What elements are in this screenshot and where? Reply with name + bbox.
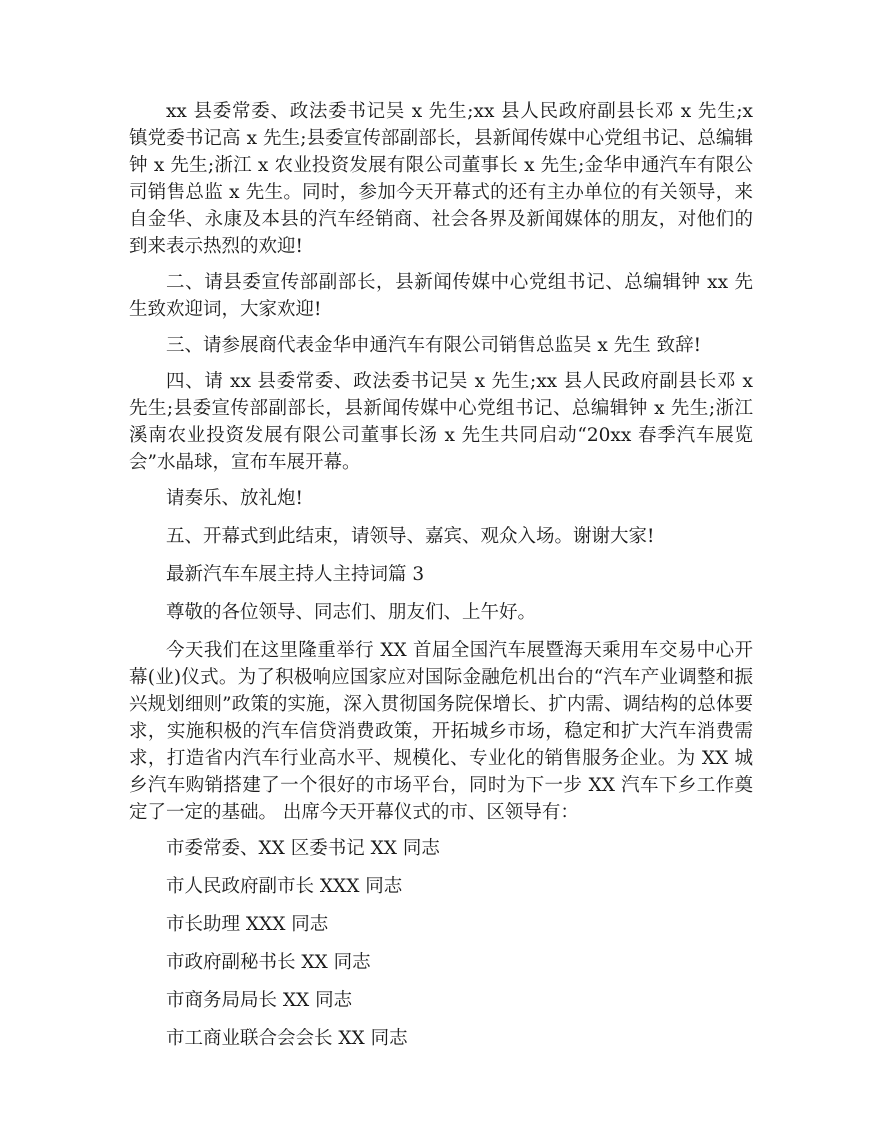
paragraph-opening-speech: 今天我们在这里隆重举行 XX 首届全国汽车展暨海天乘用车交易中心开幕(业)仪式。…: [129, 637, 753, 826]
paragraph-item-two: 二、请县委宣传部副部长，县新闻传媒中心党组书记、总编辑钟 xx 先生致欢迎词，大…: [129, 269, 753, 323]
section-heading: 最新汽车车展主持人主持词篇 3: [129, 561, 753, 588]
paragraph-welcome-guests: xx 县委常委、政法委书记吴 x 先生;xx 县人民政府副县长邓 x 先生;x …: [129, 98, 753, 260]
paragraph-greeting: 尊敬的各位领导、同志们、朋友们、上午好。: [129, 599, 753, 626]
paragraph-item-four: 四、请 xx 县委常委、政法委书记吴 x 先生;xx 县人民政府副县长邓 x 先…: [129, 368, 753, 476]
attendee-list: 市委常委、XX 区委书记 XX 同志 市人民政府副市长 XXX 同志 市长助理 …: [129, 835, 753, 1052]
list-item: 市长助理 XXX 同志: [129, 911, 753, 938]
paragraph-music-fireworks: 请奏乐、放礼炮!: [129, 485, 753, 512]
list-item: 市委常委、XX 区委书记 XX 同志: [129, 835, 753, 862]
document-page: xx 县委常委、政法委书记吴 x 先生;xx 县人民政府副县长邓 x 先生;x …: [129, 98, 753, 1063]
list-item: 市商务局局长 XX 同志: [129, 987, 753, 1014]
list-item: 市政府副秘书长 XX 同志: [129, 949, 753, 976]
list-item: 市工商业联合会会长 XX 同志: [129, 1025, 753, 1052]
list-item: 市人民政府副市长 XXX 同志: [129, 873, 753, 900]
paragraph-item-five: 五、开幕式到此结束，请领导、嘉宾、观众入场。谢谢大家!: [129, 523, 753, 550]
paragraph-item-three: 三、请参展商代表金华申通汽车有限公司销售总监吴 x 先生 致辞!: [129, 332, 753, 359]
